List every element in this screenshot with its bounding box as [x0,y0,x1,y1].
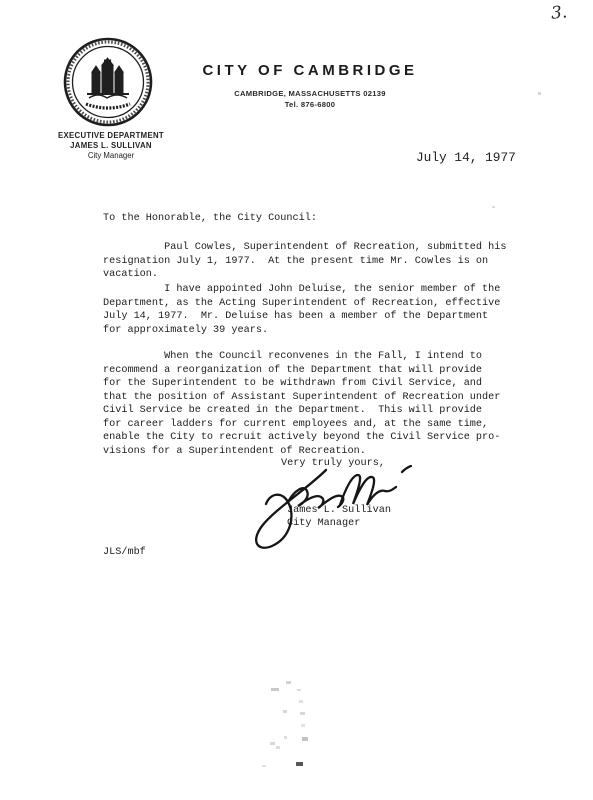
letterhead-city-title: CITY OF CAMBRIDGE [155,62,465,79]
letter-date: July 14, 1977 [416,151,516,165]
city-manager-title: City Manager [36,151,186,161]
city-manager-name: JAMES L. SULLIVAN [36,141,186,151]
typed-signature-title: City Manager [287,517,360,531]
page-number-annotation: 3. [550,2,568,23]
executive-department-block: EXECUTIVE DEPARTMENT JAMES L. SULLIVAN C… [36,131,186,161]
body-paragraph-3: When the Council reconvenes in the Fall,… [103,350,500,458]
typed-signature-name: James L. Sullivan [287,504,391,518]
letterhead-phone: Tel. 876-6800 [155,100,465,109]
city-of-cambridge-seal-icon [62,36,154,128]
scanned-letter-page: 3. CITY OF CAMBRIDGE [0,0,593,800]
body-paragraph-1: Paul Cowles, Superintendent of Recreatio… [103,241,507,282]
typist-reference-initials: JLS/mbf [103,546,146,560]
department-label: EXECUTIVE DEPARTMENT [36,131,186,141]
salutation: To the Honorable, the City Council: [103,212,317,226]
letterhead-address: CAMBRIDGE, MASSACHUSETTS 02139 [155,89,465,98]
body-paragraph-2: I have appointed John Deluise, the senio… [103,283,500,337]
